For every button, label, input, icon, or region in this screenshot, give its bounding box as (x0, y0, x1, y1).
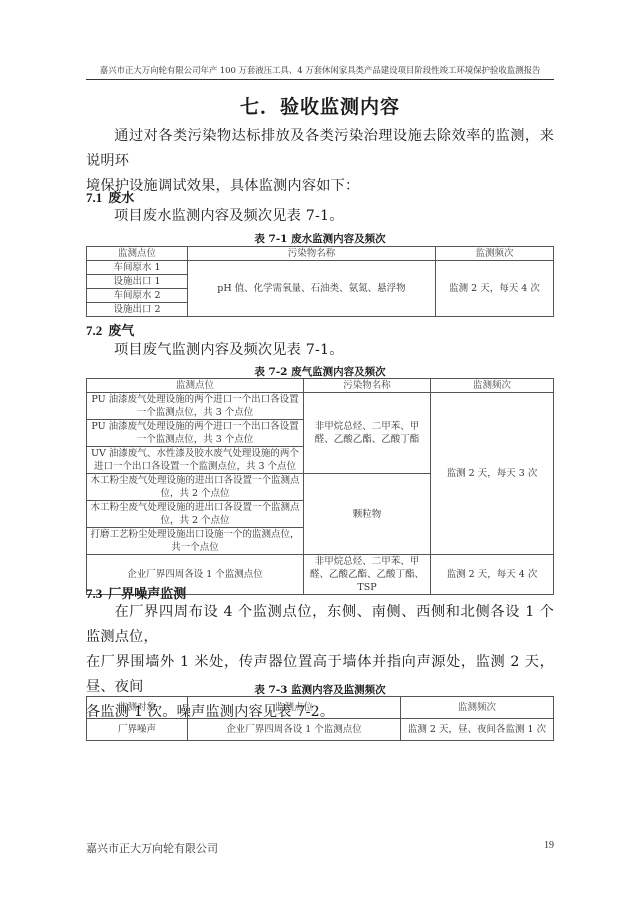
header-cell: 监测点位 (87, 247, 188, 261)
table-7-1-caption: 表 7-1 废水监测内容及频次 (86, 231, 554, 246)
frequency-cell: 监测 2 天，每天 3 次 (431, 393, 554, 555)
point-cell: 车间原水 2 (87, 289, 188, 303)
header-cell: 监测频次 (401, 697, 554, 719)
paragraph-line-1: 在厂界四周布设 4 个监测点位，东侧、南侧、西侧和北侧各设 1 个监测点位， (86, 604, 554, 645)
point-cell: PU 油漆废气处理设施的两个进口一个出口各设置一个监测点位，共 3 个点位 (87, 393, 304, 420)
table-7-2-caption: 表 7-2 废气监测内容及频次 (86, 364, 554, 379)
table-7-3-caption: 表 7-3 监测内容及监测频次 (86, 682, 554, 697)
section-7-1-text: 项目废水监测内容及频次见表 7-1。 (86, 204, 554, 229)
header-cell: 监测点位 (87, 379, 304, 393)
section-title: 废气 (108, 324, 134, 339)
pollutant-cell: 非甲烷总烃、二甲苯、甲醛、乙酸乙酯、乙酸丁酯、TSP (304, 555, 431, 595)
point-cell: 设施出口 2 (87, 303, 188, 317)
paragraph-text: 项目废气监测内容及频次见表 7-1。 (114, 342, 344, 358)
header-cell: 污染物名称 (304, 379, 431, 393)
section-heading-7-2: 7.2废气 (86, 320, 134, 339)
table-7-2: 监测点位 污染物名称 监测频次 PU 油漆废气处理设施的两个进口一个出口各设置一… (86, 378, 554, 595)
intro-line-1: 通过对各类污染物达标排放及各类污染治理设施去除效率的监测，来说明环 (86, 128, 554, 169)
section-number: 7.2 (86, 323, 102, 338)
pollutant-cell: pH 值、化学需氧量、石油类、氨氮、悬浮物 (188, 261, 436, 317)
point-cell: 车间原水 1 (87, 261, 188, 275)
page-number: 19 (520, 840, 554, 851)
footer-company: 嘉兴市正大万向轮有限公司 (86, 840, 218, 856)
point-cell: 打磨工艺粉尘处理设施出口设施一个的监测点位，共一个点位 (87, 528, 304, 555)
object-cell: 厂界噪声 (87, 719, 188, 741)
point-cell: 企业厂界四周各设 1 个监测点位 (188, 719, 401, 741)
intro-paragraph: 通过对各类污染物达标排放及各类污染治理设施去除效率的监测，来说明环 境保护设施调… (86, 124, 554, 199)
point-cell: 木工粉尘废气处理设施的进出口各设置一个监测点位，共 2 个点位 (87, 501, 304, 528)
pollutant-cell: 非甲烷总烃、二甲苯、甲醛、乙酸乙酯、乙酸丁酯 (304, 393, 431, 474)
section-number: 7.1 (86, 190, 102, 205)
point-cell: 设施出口 1 (87, 275, 188, 289)
frequency-cell: 监测 2 天，昼、夜间各监测 1 次 (401, 719, 554, 741)
frequency-cell: 监测 2 天，每天 4 次 (436, 261, 554, 317)
chapter-title: 七．验收监测内容 (86, 92, 554, 119)
section-7-2-text: 项目废气监测内容及频次见表 7-1。 (86, 338, 554, 363)
header-divider (86, 79, 554, 80)
table-7-3: 监测对象 监测点位 监测频次 厂界噪声 企业厂界四周各设 1 个监测点位 监测 … (86, 696, 554, 741)
pollutant-cell: 颗粒物 (304, 474, 431, 555)
header-cell: 监测频次 (431, 379, 554, 393)
header-cell: 监测频次 (436, 247, 554, 261)
frequency-cell: 监测 2 天，每天 4 次 (431, 555, 554, 595)
header-cell: 监测对象 (87, 697, 188, 719)
section-number: 7.3 (86, 586, 102, 601)
paragraph-text: 项目废水监测内容及频次见表 7-1。 (114, 208, 344, 224)
header-cell: 监测点位 (188, 697, 401, 719)
point-cell: UV 油漆废气、水性漆及胶水废气处理设施的两个进口一个出口各设置一个监测点位，共… (87, 447, 304, 474)
header-cell: 污染物名称 (188, 247, 436, 261)
point-cell: 木工粉尘废气处理设施的进出口各设置一个监测点位，共 2 个点位 (87, 474, 304, 501)
table-7-1: 监测点位 污染物名称 监测频次 车间原水 1 pH 值、化学需氧量、石油类、氨氮… (86, 246, 554, 317)
point-cell: PU 油漆废气处理设施的两个进口一个出口各设置一个监测点位，共 3 个点位 (87, 420, 304, 447)
running-header: 嘉兴市正大万向轮有限公司年产 100 万套液压工具、4 万套休闲家具类产品建设项… (86, 64, 554, 76)
